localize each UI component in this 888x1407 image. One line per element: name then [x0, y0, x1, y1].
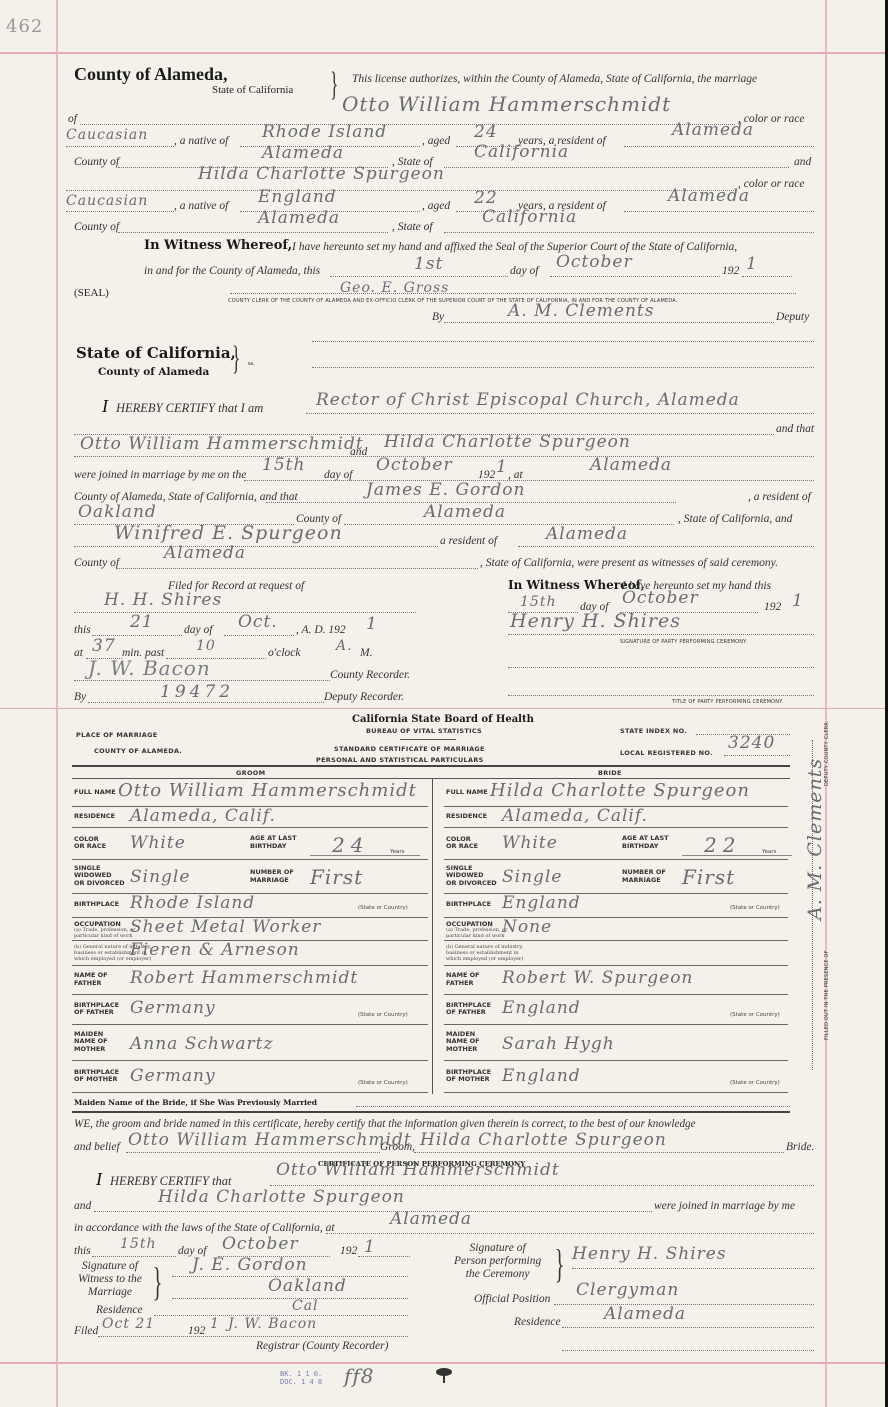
- witness-city: Oakland: [268, 1276, 347, 1296]
- filed-hour: 10: [196, 638, 216, 654]
- dotted-line: [80, 124, 735, 125]
- bride-marriage-number: First: [682, 865, 735, 889]
- label-a-resident-of: a resident of: [440, 535, 497, 547]
- license-month: October: [556, 252, 633, 272]
- label-groom: Groom,: [380, 1141, 415, 1153]
- bride-father-birthplace: England: [502, 998, 581, 1018]
- brace: }: [555, 1240, 565, 1287]
- label-official-position: Official Position: [474, 1293, 550, 1305]
- row-divider: [444, 1092, 788, 1093]
- label-and-belief: and belief: [74, 1141, 120, 1153]
- label-registrar: Registrar (County Recorder): [256, 1340, 388, 1352]
- county-heading-2: County of Alameda: [98, 366, 209, 378]
- groom-label-mother: MAIDEN NAME OF MOTHER: [74, 1031, 108, 1054]
- dotted-line: [550, 276, 720, 277]
- official-position: Clergyman: [576, 1280, 679, 1300]
- divider: [72, 778, 790, 779]
- label-deputy: Deputy: [776, 311, 809, 323]
- groom-header: GROOM: [236, 769, 265, 777]
- ss-label: ss.: [248, 360, 255, 367]
- groom-full-name: Otto William Hammerschmidt: [118, 780, 417, 801]
- groom-industry: Fieren & Arneson: [130, 940, 300, 960]
- label-and: and: [794, 156, 811, 168]
- label-oclock: o'clock: [268, 647, 300, 659]
- license-year: 1: [746, 254, 758, 274]
- cert-month: October: [376, 455, 453, 475]
- row-divider: [72, 965, 428, 966]
- maiden-name-label: Maiden Name of the Bride, if She Was Pre…: [74, 1098, 317, 1107]
- bride-label-birthplace: BIRTHPLACE: [446, 901, 491, 909]
- groom-state: California: [474, 142, 569, 162]
- officiant-title: Rector of Christ Episcopal Church, Alame…: [316, 390, 740, 410]
- age-underline: [682, 855, 792, 856]
- groom-father: Robert Hammerschmidt: [130, 968, 358, 988]
- dotted-line: [562, 1327, 814, 1328]
- side-caption-bottom: FILLED OUT IN THE PRESENCE OF: [824, 950, 830, 1040]
- label-present: , State of California, were present as w…: [480, 557, 778, 569]
- dotted-line: [444, 167, 789, 168]
- bride-label-state-or-country: (State or Country): [730, 1012, 780, 1018]
- label-native: , a native of: [174, 135, 228, 147]
- label-year: 192: [340, 1245, 357, 1257]
- witness-whereof-text: I have hereunto set my hand and affixed …: [292, 241, 737, 253]
- label-filed: Filed: [74, 1325, 98, 1337]
- witness-signature: J. E. Gordon: [192, 1255, 308, 1275]
- bride-label-age: AGE AT LAST BIRTHDAY: [622, 835, 669, 850]
- label-this: this: [74, 624, 91, 636]
- dotted-line: [444, 232, 814, 233]
- dotted-line: [270, 1185, 814, 1186]
- dotted-line: [624, 146, 814, 147]
- sign-year: 1: [792, 591, 804, 611]
- witness2-name: Winifred E. Spurgeon: [114, 522, 343, 544]
- sign-day: 15th: [520, 594, 556, 610]
- side-caption-bottom-wrap: FILLED OUT IN THE PRESENCE OF: [815, 950, 833, 1040]
- dotted-line: [518, 546, 814, 547]
- dotted-line: [94, 1211, 652, 1212]
- cert-place-2: Alameda: [390, 1209, 472, 1229]
- filed-month: Oct.: [238, 612, 278, 632]
- bride-mother-birthplace: England: [502, 1066, 581, 1086]
- bride-age: 22: [704, 833, 741, 857]
- groom-label-marital: SINGLE WIDOWED OR DIVORCED: [74, 865, 125, 888]
- rule-top: [0, 52, 888, 54]
- cert-day-2: 15th: [120, 1236, 156, 1252]
- bride-label-number-of-marriage: NUMBER OF MARRIAGE: [622, 869, 666, 884]
- row-divider: [72, 859, 428, 860]
- bureau-title: BUREAU OF VITAL STATISTICS: [366, 727, 482, 735]
- performer-signature: Henry H. Shires: [510, 610, 681, 632]
- dotted-line: [624, 211, 814, 212]
- groom-name: Otto William Hammerschmidt: [342, 92, 671, 116]
- dotted-line: [230, 293, 796, 294]
- label-year: 192: [188, 1325, 205, 1337]
- witness2-county: Alameda: [164, 543, 246, 563]
- groom-label-birthplace-father: BIRTHPLACE OF FATHER: [74, 1002, 119, 1017]
- bride-label-residence: RESIDENCE: [446, 813, 487, 821]
- label-county: County of: [74, 221, 119, 233]
- witness1-city: Oakland: [78, 502, 157, 522]
- person-signature: Henry H. Shires: [572, 1244, 727, 1264]
- divider: [72, 765, 790, 767]
- dotted-line: [356, 1106, 790, 1107]
- bride-label-birthplace-mother: BIRTHPLACE OF MOTHER: [446, 1069, 491, 1084]
- label-were-joined: were joined in marriage by me: [654, 1200, 795, 1212]
- cert-place: Alameda: [590, 455, 672, 475]
- label-this: this: [74, 1245, 91, 1257]
- filed-year: 1: [366, 614, 378, 634]
- groom-race: Caucasian: [66, 127, 148, 143]
- dotted-line: [66, 211, 174, 212]
- groom-father-birthplace: Germany: [130, 998, 216, 1018]
- groom-label-occ-a: (a) Trade, profession, or particular kin…: [74, 927, 135, 939]
- brace: }: [232, 340, 240, 378]
- margin-line-right: [825, 0, 827, 1407]
- cert-bride-name: Hilda Charlotte Spurgeon: [384, 432, 631, 452]
- groom-marital: Single: [130, 867, 190, 887]
- dotted-line: [724, 755, 790, 756]
- groom-label-residence: RESIDENCE: [74, 813, 115, 821]
- bride-residence: Alameda, Calif.: [502, 806, 648, 826]
- row-divider: [444, 994, 788, 995]
- big-i-2: I: [96, 1169, 102, 1190]
- label-by: By: [432, 311, 444, 323]
- dotted-line: [88, 702, 324, 703]
- sig-person-label: Signature of Person performing the Cerem…: [454, 1242, 541, 1281]
- rule-middle: [0, 708, 888, 709]
- seal-label: (SEAL): [74, 287, 109, 299]
- deputy-number: 19472: [160, 682, 234, 702]
- bride-label-occ-b: (b) General nature of industry, business…: [446, 944, 523, 962]
- dotted-line: [118, 232, 388, 233]
- sign-month: October: [622, 588, 699, 608]
- bride-state: California: [482, 207, 577, 227]
- cert-groom: Otto William Hammerschmidt: [276, 1160, 560, 1180]
- groom-birthplace: Rhode Island: [130, 893, 255, 913]
- brace: }: [330, 66, 338, 104]
- dotted-line: [126, 1152, 380, 1153]
- bride-label-father: NAME OF FATHER: [446, 972, 480, 987]
- bride-label-marital: SINGLE WIDOWED OR DIVORCED: [446, 865, 497, 888]
- document-page: 462 County of Alameda, State of Californ…: [0, 0, 888, 1407]
- dotted-line: [74, 680, 330, 681]
- label-state-ca-and: , State of California, and: [678, 513, 792, 525]
- label-and-that: and that: [776, 423, 814, 435]
- dotted-line: [224, 635, 294, 636]
- deputy-signature: A. M. Clements: [508, 301, 655, 321]
- row-divider: [444, 827, 788, 828]
- groom-label-full-name: FULL NAME: [74, 789, 116, 797]
- board-title: California State Board of Health: [352, 714, 534, 725]
- label-m: M.: [360, 647, 372, 659]
- bride-label-birthplace-father: BIRTHPLACE OF FATHER: [446, 1002, 491, 1017]
- side-dotted: [812, 740, 813, 1070]
- state-heading: State of California,: [76, 344, 236, 362]
- dotted-line: [306, 413, 814, 414]
- dotted-line: [74, 546, 438, 547]
- groom-label-state-or-country: (State or Country): [358, 1080, 408, 1086]
- side-signature-wrap: A. M. Clements: [804, 758, 826, 920]
- bride-father: Robert W. Spurgeon: [502, 968, 693, 988]
- label-and: and: [74, 1200, 91, 1212]
- witness2-city: Alameda: [546, 524, 628, 544]
- stamp-doc: DOC. 1 4 8: [280, 1378, 322, 1386]
- margin-line-left: [56, 0, 58, 1407]
- bride-race: Caucasian: [66, 193, 148, 209]
- dotted-line: [508, 695, 814, 696]
- groom-marriage-number: First: [310, 865, 363, 889]
- groom-color: White: [130, 833, 186, 853]
- label-day-of: day of: [324, 469, 352, 481]
- bride-label-full-name: FULL NAME: [446, 789, 488, 797]
- witness1-county: Alameda: [424, 502, 506, 522]
- label-ad: , A. D. 192: [296, 624, 346, 636]
- dotted-line: [326, 1233, 814, 1234]
- filed-day: 21: [130, 612, 154, 632]
- age-underline: [310, 855, 420, 856]
- column-divider: [432, 778, 433, 1094]
- page-number: 462: [6, 16, 43, 37]
- label-year: 192: [764, 601, 781, 613]
- row-divider: [72, 1092, 428, 1093]
- dotted-line: [572, 1268, 814, 1269]
- filed-ampm: A.: [336, 638, 353, 654]
- we-certify: WE, the groom and bride named in this ce…: [74, 1118, 696, 1130]
- pushpin-icon: [434, 1367, 454, 1390]
- groom-signature: Otto William Hammerschmidt: [128, 1130, 412, 1150]
- row-divider: [72, 1060, 428, 1061]
- label-residence: Residence: [96, 1304, 143, 1316]
- dotted-line: [358, 1256, 410, 1257]
- row-divider: [444, 965, 788, 966]
- performer-caption: SIGNATURE OF PARTY PERFORMING CEREMONY.: [620, 639, 747, 645]
- stamp-bk: BK. 1 1 0.: [280, 1370, 322, 1378]
- brace: }: [153, 1258, 163, 1305]
- stamp: BK. 1 1 0. DOC. 1 4 8: [280, 1370, 322, 1386]
- dotted-line: [508, 667, 814, 668]
- cert-groom-name: Otto William Hammerschmidt: [80, 434, 364, 454]
- dotted-line: [330, 276, 508, 277]
- person-residence: Alameda: [604, 1304, 686, 1324]
- groom-native: Rhode Island: [262, 122, 387, 142]
- label-aged: , aged: [422, 200, 450, 212]
- filed-minutes: 37: [92, 636, 116, 656]
- label-deputy-recorder: Deputy Recorder.: [324, 691, 404, 703]
- bride-marital: Single: [502, 867, 562, 887]
- bride-mother: Sarah Hygh: [502, 1034, 615, 1054]
- bride-native: England: [258, 187, 337, 207]
- witness-state: Cal: [292, 1298, 319, 1314]
- groom-label-birthplace: BIRTHPLACE: [74, 901, 119, 909]
- bride-birthplace: England: [502, 893, 581, 913]
- bride-signature: Hilda Charlotte Spurgeon: [420, 1130, 667, 1150]
- county-heading: County of Alameda,: [74, 64, 228, 85]
- cert-bride: Hilda Charlotte Spurgeon: [158, 1187, 405, 1207]
- label-native: , a native of: [174, 200, 228, 212]
- bride-label-mother: MAIDEN NAME OF MOTHER: [446, 1031, 480, 1054]
- bride-occupation: None: [502, 917, 552, 937]
- cert-month-2: October: [222, 1234, 299, 1254]
- label-joined: were joined in marriage by me on the: [74, 469, 246, 481]
- rule-bottom: [0, 1362, 888, 1364]
- label-state: , State of: [392, 221, 433, 233]
- particulars: PERSONAL AND STATISTICAL PARTICULARS: [316, 756, 484, 764]
- groom-residence: Alameda, Calif.: [130, 806, 276, 826]
- stamp-handwriting: ff8: [344, 1364, 375, 1388]
- label-county: County of: [74, 156, 119, 168]
- row-divider: [444, 1024, 788, 1025]
- groom-label-father: NAME OF FATHER: [74, 972, 108, 987]
- row-divider: [444, 859, 788, 860]
- filed-year-2: 1: [210, 1316, 220, 1332]
- state-heading: State of California: [212, 84, 293, 96]
- row-divider: [444, 917, 788, 918]
- filed-by: H. H. Shires: [104, 590, 222, 610]
- dotted-line: [92, 1256, 176, 1257]
- row-divider: [444, 1060, 788, 1061]
- clerk-signature: Geo. E. Gross: [340, 280, 449, 296]
- label-at: at: [74, 647, 83, 659]
- groom-label-color: COLOR OR RACE: [74, 836, 106, 851]
- dotted-line: [312, 341, 814, 342]
- cert-year: 1: [496, 457, 508, 477]
- dotted-line: [562, 1350, 814, 1351]
- row-divider: [72, 994, 428, 995]
- place-of-marriage: PLACE OF MARRIAGE: [76, 731, 157, 739]
- groom-label-number-of-marriage: NUMBER OF MARRIAGE: [250, 869, 294, 884]
- groom-age: 24: [474, 122, 498, 142]
- bride-county: Alameda: [258, 208, 340, 228]
- registrar-signature: J. W. Bacon: [228, 1316, 317, 1332]
- witness1-name: James E. Gordon: [366, 480, 525, 500]
- label-and: and: [350, 446, 367, 458]
- label-bride: Bride.: [786, 1141, 814, 1153]
- state-index-label: STATE INDEX NO.: [620, 727, 687, 735]
- bride-label-state-or-country: (State or Country): [730, 905, 780, 911]
- dotted-line: [312, 367, 814, 368]
- groom-label-state-or-country: (State or Country): [358, 1012, 408, 1018]
- label-day-of: day of: [184, 624, 212, 636]
- recorder-signature: J. W. Bacon: [88, 656, 211, 680]
- label-aged: , aged: [422, 135, 450, 147]
- label-year: 192: [722, 265, 739, 277]
- dotted-line: [444, 322, 774, 323]
- bride-header: BRIDE: [598, 769, 622, 777]
- bride-name: Hilda Charlotte Spurgeon: [198, 164, 445, 184]
- sig-witness-label: Signature of Witness to the Marriage: [78, 1260, 142, 1299]
- groom-mother: Anna Schwartz: [130, 1034, 273, 1054]
- dotted-line: [508, 634, 814, 635]
- label-day-of: day of: [510, 265, 538, 277]
- license-day: 1st: [414, 254, 443, 274]
- bride-label-occ-a: (a) Trade, profession, or particular kin…: [446, 927, 507, 939]
- bride-age: 22: [474, 188, 498, 208]
- side-signature: A. M. Clements: [804, 758, 826, 920]
- dotted-line: [116, 568, 478, 569]
- groom-label-age: AGE AT LAST BIRTHDAY: [250, 835, 297, 850]
- standard-cert: STANDARD CERTIFICATE OF MARRIAGE: [334, 745, 485, 753]
- cert-year-2: 1: [364, 1237, 376, 1257]
- groom-occupation: Sheet Metal Worker: [130, 917, 321, 937]
- bride-color: White: [502, 833, 558, 853]
- row-divider: [72, 827, 428, 828]
- bride-resident: Alameda: [668, 186, 750, 206]
- groom-county: Alameda: [262, 143, 344, 163]
- hereby-certify-text: HEREBY CERTIFY that I am: [116, 401, 263, 416]
- filed-date: Oct 21: [102, 1316, 155, 1332]
- dotted-line: [66, 190, 736, 191]
- dotted-line: [414, 1152, 784, 1153]
- groom-age: 24: [332, 833, 369, 857]
- divider: [72, 1111, 790, 1113]
- label-resident-of: , a resident of: [748, 491, 811, 503]
- label-accordance: in accordance with the laws of the State…: [74, 1222, 335, 1234]
- cert-day: 15th: [262, 455, 305, 475]
- groom-resident: Alameda: [672, 120, 754, 140]
- bride-label-state-or-country: (State or Country): [730, 1080, 780, 1086]
- row-divider: [72, 1024, 428, 1025]
- dotted-line: [172, 1298, 408, 1299]
- label-county-recorder: County Recorder.: [330, 669, 410, 681]
- groom-mother-birthplace: Germany: [130, 1066, 216, 1086]
- label-county-of: County of: [74, 557, 119, 569]
- divider: [400, 739, 456, 740]
- big-i: I: [102, 396, 108, 417]
- groom-label-state-or-country: (State or Country): [358, 905, 408, 911]
- groom-label-birthplace-mother: BIRTHPLACE OF MOTHER: [74, 1069, 119, 1084]
- label-of: of: [68, 113, 77, 125]
- witness-whereof-heading: In Witness Whereof,: [144, 238, 292, 253]
- local-reg-value: 3240: [728, 733, 775, 753]
- dotted-line: [66, 146, 174, 147]
- row-divider: [444, 893, 788, 894]
- local-reg-label: LOCAL REGISTERED NO.: [620, 749, 713, 757]
- label-by: By: [74, 691, 86, 703]
- license-intro: This license authorizes, within the Coun…: [352, 73, 757, 85]
- county-of-alameda: COUNTY OF ALAMEDA.: [94, 747, 182, 755]
- row-divider: [444, 940, 788, 941]
- dotted-line: [742, 276, 792, 277]
- title-caption: TITLE OF PARTY PERFORMING CEREMONY.: [672, 699, 783, 705]
- label-in-and-for: in and for the County of Alameda, this: [144, 265, 320, 277]
- bride-label-color: COLOR OR RACE: [446, 836, 478, 851]
- bride-full-name: Hilda Charlotte Spurgeon: [490, 780, 750, 801]
- dotted-line: [98, 1336, 408, 1337]
- label-residence-2: Residence: [514, 1316, 561, 1328]
